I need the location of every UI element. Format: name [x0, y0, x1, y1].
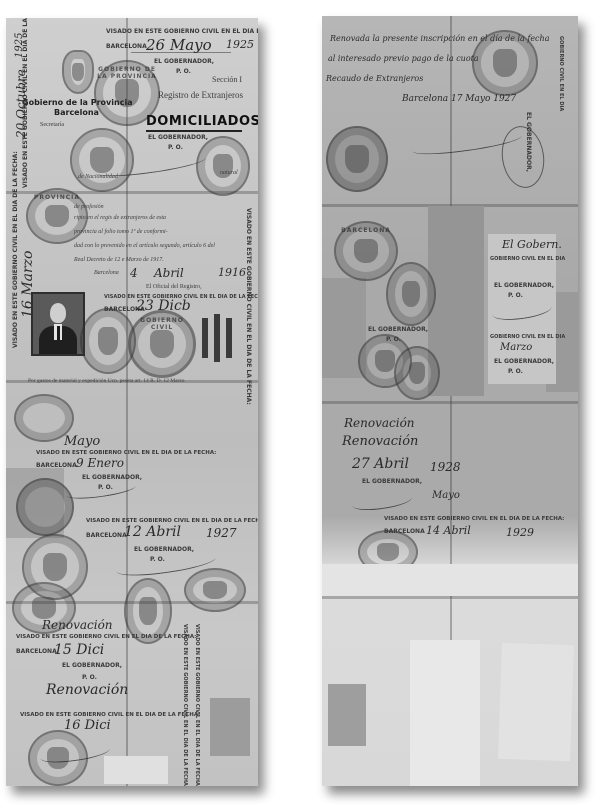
- tape-strip: [410, 640, 480, 786]
- visa-fragment: GOBIERNO CIVIL EN EL DIA: [490, 334, 565, 340]
- tape-patch: [210, 698, 250, 756]
- issued-day: 4: [130, 266, 138, 280]
- handwritten-signature: Renovación: [344, 416, 415, 430]
- province-title: Gobierno de la Provincia: [22, 98, 133, 107]
- po-label: P. O.: [508, 292, 523, 299]
- government-stamp: [386, 262, 436, 326]
- body-text: provincia al folio tomo 1º de conformi-: [74, 229, 168, 235]
- note-line: Recaudo de Extranjeros: [326, 74, 423, 83]
- po-label: P. O.: [176, 68, 191, 75]
- government-stamp: [196, 136, 250, 196]
- fees-line: Por gastos de material y expedición Ucn.…: [28, 378, 185, 384]
- tape-patch: [328, 684, 366, 746]
- provincia-stamp: [326, 126, 388, 192]
- signature: [351, 490, 413, 513]
- side-visa-text: GOBIERNO CIVIL EN EL DIA: [558, 36, 564, 111]
- fold-line: [322, 401, 578, 404]
- governor-label: EL GOBERNADOR,: [134, 546, 194, 553]
- governor-label: EL GOBERNADOR,: [148, 134, 208, 141]
- tape-strip: [322, 564, 578, 596]
- side-stamp-text: VISADO EN ESTE GOBIERNO CIVIL EN EL DIA …: [194, 624, 200, 786]
- governor-label: EL GOBERNADOR,: [494, 282, 554, 289]
- governor-label: EL GOBERNADOR,: [62, 662, 122, 669]
- issued-year: 1916: [218, 266, 246, 279]
- handwritten-year: 1928: [430, 460, 461, 474]
- side-visa-text: VISADO EN ESTE GOBIERNO CIVIL EN EL DIA …: [12, 151, 19, 348]
- po-label: P. O.: [508, 368, 523, 375]
- document-front: VISADO EN ESTE GOBIERNO CIVIL EN EL DIA …: [6, 18, 258, 786]
- handwritten-date: 12 Abril: [124, 524, 181, 540]
- po-label: P. O.: [82, 674, 97, 681]
- governor-label: EL GOBERNADOR,: [494, 358, 554, 365]
- po-label: P. O.: [386, 336, 401, 343]
- registry-officer: El Oficial del Registro,: [146, 284, 202, 290]
- government-stamp: [472, 30, 538, 96]
- fold-line: [322, 596, 578, 599]
- po-label: P. O.: [168, 144, 183, 151]
- natural-label: natural: [220, 170, 238, 176]
- handwritten-date: 15 Dici: [54, 642, 104, 658]
- tape-patch: [498, 643, 574, 761]
- handwritten-date: 20 Octubre: [14, 69, 28, 138]
- barcelona-stamp: BARCELONA: [334, 221, 398, 281]
- body-text: ripto en el regis de extranjeros de esta: [74, 215, 166, 221]
- city-label: BARCELONA: [86, 532, 127, 539]
- domiciliados-title: DOMICILIADOS: [146, 114, 258, 129]
- government-stamp: [394, 346, 440, 400]
- handwritten-governor: El Gobern.: [502, 238, 562, 251]
- renewal-handwritten: Renovación: [42, 618, 113, 632]
- royal-crest-icon: [62, 50, 94, 94]
- visa-header: VISADO EN ESTE GOBIERNO CIVIL EN EL DIA …: [16, 634, 196, 640]
- visa-header: VISADO EN ESTE GOBIERNO CIVIL EN EL DIA …: [106, 28, 258, 35]
- body-text: dad con lo prevenido en el artículo segu…: [74, 243, 215, 249]
- tape-patch: [104, 756, 168, 784]
- portrait-photo: [31, 292, 85, 356]
- side-visa-text: VISADO EN ESTE GOBIERNO CIVIL EN EL DIA …: [245, 208, 252, 405]
- note-line: al interesado previo pago de la cuota: [328, 54, 479, 63]
- city-label: BARCELONA: [106, 43, 147, 50]
- visa-header: VISADO EN ESTE GOBIERNO CIVIL EN EL DIA …: [384, 516, 564, 522]
- government-stamp: [70, 128, 134, 192]
- handwritten-date: 9 Enero: [76, 456, 124, 470]
- issued-place: Barcelona: [94, 270, 119, 276]
- handwritten-year: 1925: [226, 38, 254, 51]
- visa-fragment: GOBIERNO CIVIL EN EL DIA: [490, 256, 565, 262]
- city-label: BARCELONA: [16, 648, 57, 655]
- secretaria-label: Secretaría: [40, 122, 64, 128]
- handwritten-date: Mayo: [64, 434, 100, 449]
- governor-label: EL GOBERNADOR,: [368, 326, 428, 333]
- document-back: Renovada la presente inscripción en el d…: [322, 16, 578, 786]
- governor-label: EL GOBERNADOR,: [362, 478, 422, 485]
- governor-label: EL GOBERNADOR,: [154, 58, 214, 65]
- registry-label: Registro de Extranjeros: [158, 90, 243, 100]
- handwritten-date: 27 Abril: [352, 456, 409, 472]
- handwritten-date: Marzo: [500, 342, 532, 353]
- renewal-handwritten: Renovación: [342, 434, 418, 449]
- handwritten-signature: Renovación: [46, 682, 128, 698]
- issued-month: Abril: [154, 266, 184, 280]
- section-label: Sección I: [212, 75, 242, 84]
- nationality-label: de Nacionalidad: [78, 174, 118, 180]
- governor-label: EL GOBERNADOR,: [82, 474, 142, 481]
- handwritten-year: 1925: [14, 33, 25, 58]
- handwritten-date: 14 Abril: [426, 524, 471, 537]
- fold-line: [126, 18, 128, 786]
- gobierno-civil-stamp: GOBIERNO CIVIL: [128, 310, 196, 378]
- handwritten-year: 1929: [506, 526, 534, 539]
- handwritten-date: 16 Dici: [64, 718, 111, 733]
- side-stamp-text: VISADO EN ESTE GOBIERNO CIVIL EN EL DIA …: [182, 624, 188, 786]
- visa-header: VISADO EN ESTE GOBIERNO CIVIL EN EL DIA …: [36, 450, 216, 456]
- handwritten-date: Mayo: [432, 490, 460, 501]
- barcelona-stamp: [80, 308, 136, 374]
- body-text: Real Decreto de 12 e Marzo de 1917.: [74, 257, 164, 263]
- faded-stamp: [16, 478, 74, 536]
- handwritten-year: 1927: [206, 526, 237, 540]
- province-city: Barcelona: [54, 108, 99, 117]
- provincia-stamp: [184, 568, 246, 612]
